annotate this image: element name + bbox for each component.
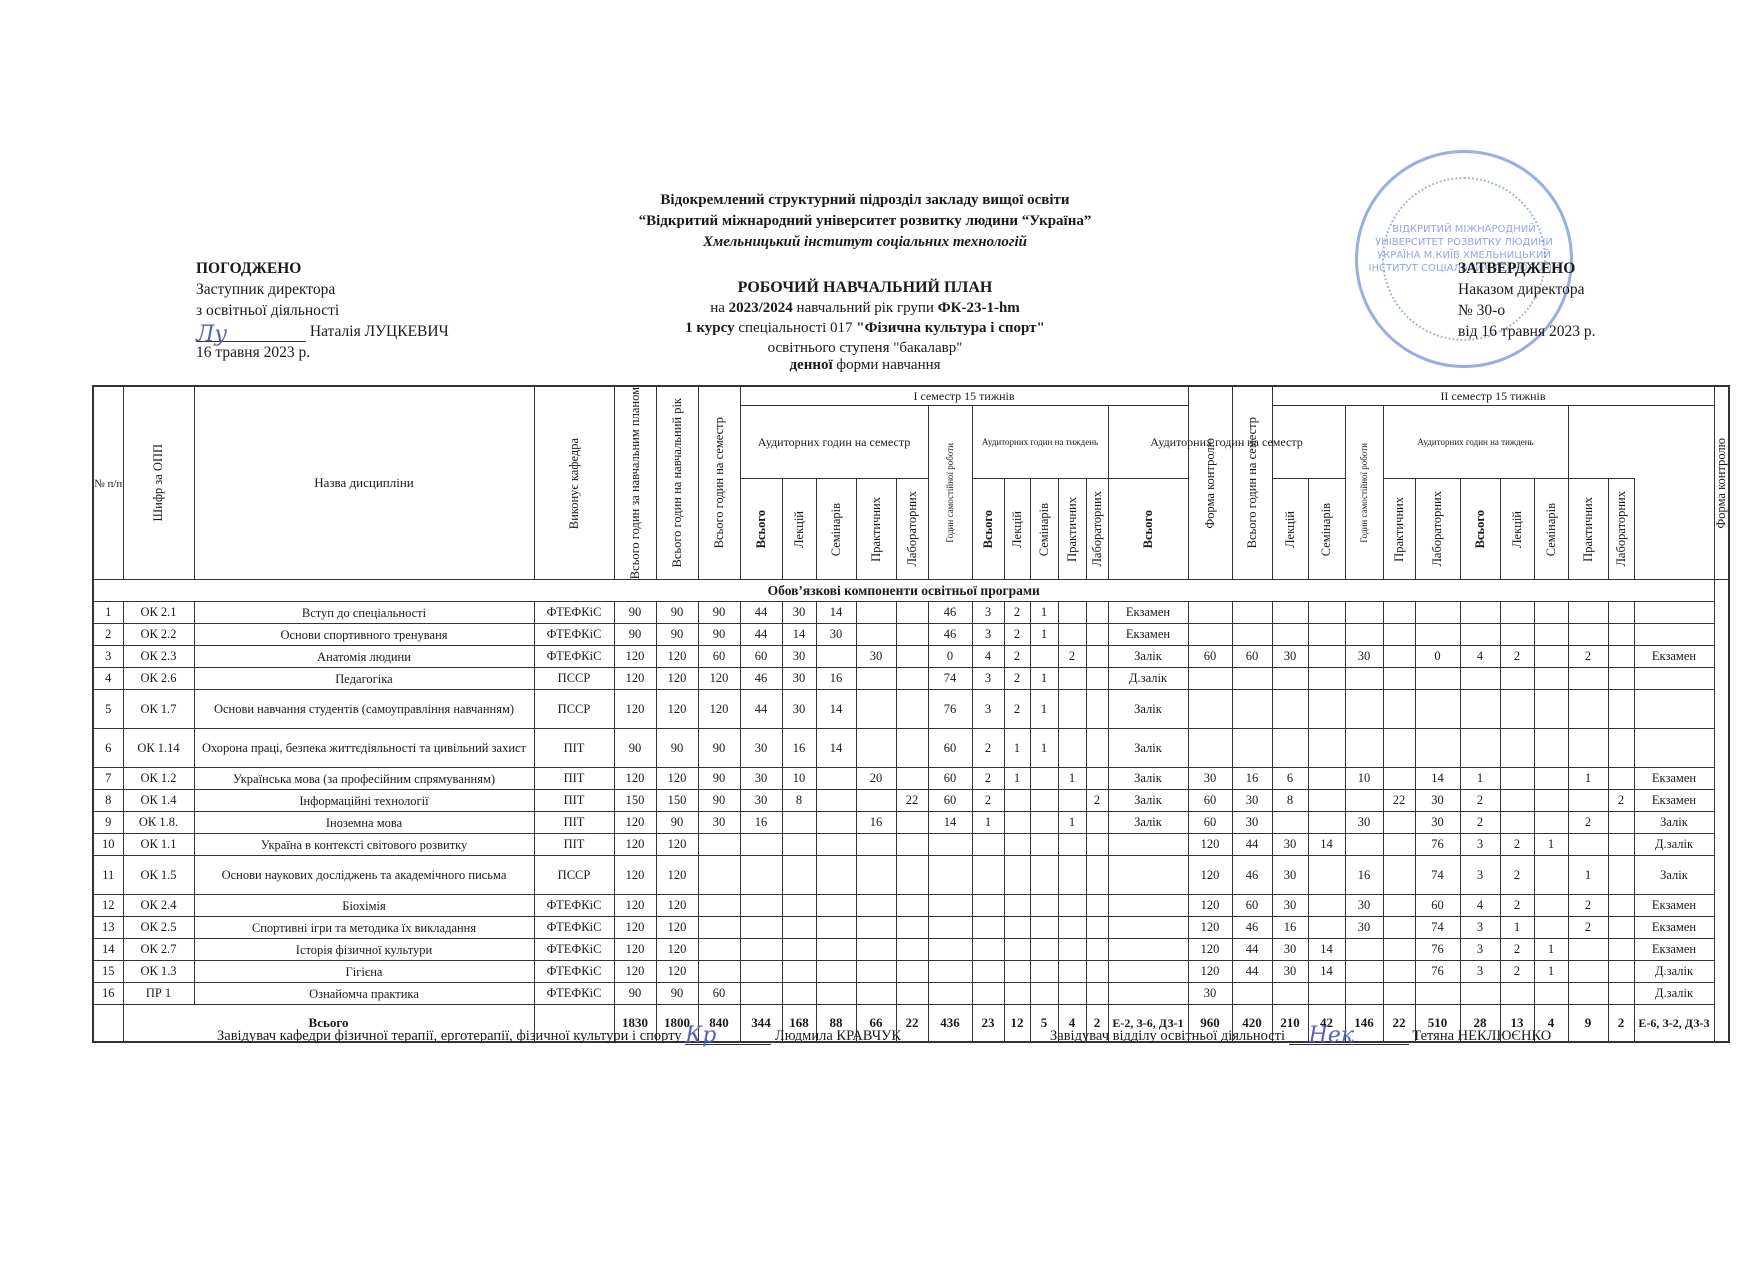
header-text: Всього bbox=[1474, 510, 1487, 548]
semester-1-value bbox=[928, 983, 972, 1005]
subheader-pract: Практичних bbox=[856, 479, 896, 580]
semester-1-total: 23 bbox=[972, 1005, 1004, 1043]
semester-2-value: 4 bbox=[1460, 895, 1500, 917]
total-plan-hours: 120 bbox=[614, 856, 656, 895]
table-row: 9ОК 1.8.Іноземна моваПІТ120903016161411З… bbox=[93, 812, 1729, 834]
agreed-block: ПОГОДЖЕНО Заступник директора з освітньо… bbox=[196, 258, 449, 363]
header-text: Семінарів bbox=[1320, 503, 1333, 556]
total-year-hours: 90 bbox=[656, 983, 698, 1005]
discipline-name: Спортивні ігри та методика їх викладання bbox=[194, 917, 534, 939]
row-number: 3 bbox=[93, 646, 123, 668]
semester-2-value: 30 bbox=[1232, 812, 1272, 834]
semester-2-control: Екзамен bbox=[1634, 646, 1714, 668]
semester-1-value bbox=[1086, 668, 1108, 690]
semester-1-value bbox=[856, 939, 896, 961]
semester-2-value bbox=[1383, 729, 1415, 768]
semester-2-value bbox=[1500, 812, 1534, 834]
semester-2-value bbox=[1272, 729, 1308, 768]
department: ФТЕФКіС bbox=[534, 624, 614, 646]
semester-1-value: 30 bbox=[782, 602, 816, 624]
semester-2-value: 1 bbox=[1534, 834, 1568, 856]
semester-2-value: 1 bbox=[1460, 768, 1500, 790]
table-row: 1ОК 2.1Вступ до спеціальностіФТЕФКіС9090… bbox=[93, 602, 1729, 624]
semester-1-value bbox=[1058, 856, 1086, 895]
signature-scrawl: Лу bbox=[196, 324, 227, 345]
semester-1-value: 60 bbox=[698, 646, 740, 668]
semester-2-value bbox=[1534, 690, 1568, 729]
header-text: Семінарів bbox=[1545, 503, 1558, 556]
semester-1-control bbox=[1108, 983, 1188, 1005]
semester-1-value bbox=[1086, 917, 1108, 939]
footer-left-position: Завідувач кафедри фізичної терапії, ерго… bbox=[217, 1028, 682, 1044]
signature-line: Кр bbox=[685, 1030, 771, 1045]
semester-2-value bbox=[1568, 834, 1608, 856]
semester-1-value bbox=[1058, 895, 1086, 917]
semester-2-value: 2 bbox=[1500, 834, 1534, 856]
discipline-code: ПР 1 bbox=[123, 983, 194, 1005]
plan-degree-line: освітнього ступеня "бакалавр" bbox=[560, 338, 1170, 358]
semester-1-value bbox=[698, 895, 740, 917]
semester-1-control: Залік bbox=[1108, 646, 1188, 668]
semester-2-value bbox=[1568, 729, 1608, 768]
semester-2-value: 14 bbox=[1308, 834, 1345, 856]
semester-1-value: 1 bbox=[1004, 729, 1030, 768]
semester-1-value: 90 bbox=[698, 602, 740, 624]
subheader-lect: Лекцій bbox=[782, 479, 816, 580]
semester-1-value bbox=[740, 856, 782, 895]
header-text: Лабораторних bbox=[906, 491, 919, 567]
col-name: Назва дисципліни bbox=[194, 386, 534, 580]
semester-1-control bbox=[1108, 834, 1188, 856]
subheader-all: Всього bbox=[1108, 479, 1188, 580]
institution-header: Відокремлений структурний підрозділ закл… bbox=[560, 190, 1170, 253]
semester-2-value bbox=[1608, 729, 1634, 768]
discipline-name: Біохімія bbox=[194, 895, 534, 917]
header-text: Годин самостійної роботи bbox=[1359, 443, 1369, 543]
total-year-hours: 90 bbox=[656, 624, 698, 646]
semester-1-value bbox=[1030, 834, 1058, 856]
semester-1-value bbox=[816, 939, 856, 961]
semester-1-value bbox=[856, 668, 896, 690]
discipline-code: ОК 1.5 bbox=[123, 856, 194, 895]
semester-1-value: 60 bbox=[928, 768, 972, 790]
row-number: 11 bbox=[93, 856, 123, 895]
text: навчальний рік групи bbox=[793, 300, 938, 316]
subheader-lect: Лекцій bbox=[1500, 479, 1534, 580]
subheader-lect: Лекцій bbox=[1004, 479, 1030, 580]
semester-2-value bbox=[1232, 729, 1272, 768]
semester-1-value bbox=[816, 895, 856, 917]
header-text: Аудиторних годин на тиждень bbox=[1417, 437, 1533, 447]
semester-1-value: 2 bbox=[972, 729, 1004, 768]
department: ФТЕФКіС bbox=[534, 646, 614, 668]
semester-2-value: 16 bbox=[1232, 768, 1272, 790]
discipline-code: ОК 2.3 bbox=[123, 646, 194, 668]
semester-2-value bbox=[1500, 729, 1534, 768]
semester-2-value: 3 bbox=[1460, 834, 1500, 856]
discipline-code: ОК 1.7 bbox=[123, 690, 194, 729]
header-text: Всього годин за навчальним планом bbox=[629, 387, 642, 579]
discipline-code: ОК 1.8. bbox=[123, 812, 194, 834]
semester-2-value bbox=[1415, 690, 1460, 729]
semester-1-value bbox=[896, 768, 928, 790]
group-code: ФК-23-1-hm bbox=[938, 300, 1020, 316]
total-year-hours: 120 bbox=[656, 768, 698, 790]
semester-1-value bbox=[1004, 939, 1030, 961]
semester-1-value: 44 bbox=[740, 602, 782, 624]
semester-1-value: 16 bbox=[740, 812, 782, 834]
semester-1-value bbox=[740, 917, 782, 939]
semester-1-value bbox=[896, 983, 928, 1005]
total-plan-hours: 120 bbox=[614, 690, 656, 729]
semester-2-value: 120 bbox=[1188, 856, 1232, 895]
semester-1-value: 3 bbox=[972, 624, 1004, 646]
semester-2-value: 30 bbox=[1415, 790, 1460, 812]
semester-2-value: 10 bbox=[1345, 768, 1383, 790]
department: ПССР bbox=[534, 668, 614, 690]
semester-2-value: 30 bbox=[1272, 961, 1308, 983]
semester-1-value bbox=[782, 812, 816, 834]
semester-1-control: Екзамен bbox=[1108, 602, 1188, 624]
semester-1-value bbox=[896, 602, 928, 624]
semester-2-value bbox=[1308, 983, 1345, 1005]
discipline-code: ОК 1.3 bbox=[123, 961, 194, 983]
approved-block: ЗАТВЕРДЖЕНО Наказом директора № 30-о від… bbox=[1458, 258, 1595, 342]
semester-2-value: 120 bbox=[1188, 917, 1232, 939]
semester-1-value bbox=[1086, 961, 1108, 983]
table-row: 16ПР 1Ознайомча практикаФТЕФКіС90906030Д… bbox=[93, 983, 1729, 1005]
semester-2-value bbox=[1232, 690, 1272, 729]
semester-2-value bbox=[1415, 602, 1460, 624]
semester-1-value: 14 bbox=[816, 602, 856, 624]
semester-2-header: II семестр 15 тижнів bbox=[1272, 386, 1714, 406]
header-text: Шифр за ОПП bbox=[152, 444, 165, 521]
col-dept: Виконує кафедра bbox=[534, 386, 614, 580]
semester-1-total: 12 bbox=[1004, 1005, 1030, 1043]
semester-1-value: 30 bbox=[782, 668, 816, 690]
semester-1-value bbox=[856, 856, 896, 895]
semester-1-value bbox=[698, 856, 740, 895]
semester-2-value bbox=[1534, 602, 1568, 624]
semester-1-value bbox=[1030, 961, 1058, 983]
semester-2-value: 1 bbox=[1568, 768, 1608, 790]
header-text: Всього годин на навчальний рік bbox=[671, 398, 684, 568]
semester-2-value bbox=[1308, 790, 1345, 812]
col-code: Шифр за ОПП bbox=[123, 386, 194, 580]
table-row: 5ОК 1.7Основи навчання студентів (самоуп… bbox=[93, 690, 1729, 729]
semester-2-value: 2 bbox=[1500, 961, 1534, 983]
row-number: 2 bbox=[93, 624, 123, 646]
discipline-code: ОК 2.6 bbox=[123, 668, 194, 690]
plan-course-line: 1 курсу спеціальності 017 "Фізична культ… bbox=[560, 318, 1170, 338]
semester-2-value: 1 bbox=[1534, 939, 1568, 961]
semester-1-value bbox=[972, 895, 1004, 917]
table-row: 11ОК 1.5Основи наукових досліджень та ак… bbox=[93, 856, 1729, 895]
discipline-code: ОК 1.14 bbox=[123, 729, 194, 768]
plan-year-line: на 2023/2024 навчальний рік групи ФК-23-… bbox=[560, 298, 1170, 318]
semester-1-value bbox=[816, 961, 856, 983]
table-row: 14ОК 2.7Історія фізичної культуриФТЕФКіС… bbox=[93, 939, 1729, 961]
semester-2-value: 4 bbox=[1460, 646, 1500, 668]
semester-1-value bbox=[1030, 856, 1058, 895]
approved-line-1: Наказом директора bbox=[1458, 279, 1595, 300]
semester-1-value bbox=[740, 939, 782, 961]
semester-1-value bbox=[1058, 790, 1086, 812]
semester-1-value bbox=[896, 646, 928, 668]
row-number: 9 bbox=[93, 812, 123, 834]
semester-1-value bbox=[972, 856, 1004, 895]
semester-1-value: 2 bbox=[1004, 646, 1030, 668]
semester-2-value bbox=[1460, 729, 1500, 768]
table-row: 13ОК 2.5Спортивні ігри та методика їх ви… bbox=[93, 917, 1729, 939]
semester-1-value bbox=[1030, 790, 1058, 812]
row-number: 16 bbox=[93, 983, 123, 1005]
semester-2-value bbox=[1383, 668, 1415, 690]
row-number: 15 bbox=[93, 961, 123, 983]
semester-2-value bbox=[1568, 790, 1608, 812]
semester-2-value bbox=[1568, 668, 1608, 690]
department: ПІТ bbox=[534, 729, 614, 768]
semester-1-value bbox=[782, 939, 816, 961]
semester-2-value bbox=[1345, 961, 1383, 983]
semester-2-value bbox=[1308, 895, 1345, 917]
semester-2-total: 2 bbox=[1608, 1005, 1634, 1043]
discipline-code: ОК 2.7 bbox=[123, 939, 194, 961]
semester-1-value: 10 bbox=[782, 768, 816, 790]
semester-1-value bbox=[1058, 624, 1086, 646]
semester-2-value: 8 bbox=[1272, 790, 1308, 812]
semester-2-value bbox=[1188, 668, 1232, 690]
row-number: 13 bbox=[93, 917, 123, 939]
semester-1-total: 436 bbox=[928, 1005, 972, 1043]
semester-1-value bbox=[1030, 812, 1058, 834]
semester-2-value bbox=[1272, 690, 1308, 729]
semester-2-value bbox=[1383, 768, 1415, 790]
semester-1-value bbox=[972, 961, 1004, 983]
footer-right-position: Завідувач відділу освітньої діяльності bbox=[1050, 1028, 1285, 1044]
row-number: 4 bbox=[93, 668, 123, 690]
row-number: 8 bbox=[93, 790, 123, 812]
semester-2-value bbox=[1188, 729, 1232, 768]
semester-1-value bbox=[896, 917, 928, 939]
semester-1-value bbox=[1058, 939, 1086, 961]
footer-left-name: Людмила КРАВЧУК bbox=[775, 1028, 901, 1044]
semester-1-value: 60 bbox=[740, 646, 782, 668]
semester-1-value: 1 bbox=[1030, 729, 1058, 768]
semester-1-value: 30 bbox=[782, 646, 816, 668]
semester-2-value: 14 bbox=[1415, 768, 1460, 790]
semester-1-value bbox=[896, 895, 928, 917]
semester-1-value: 60 bbox=[928, 729, 972, 768]
approved-line-2: № 30-о bbox=[1458, 300, 1595, 321]
semester-1-control: Залік bbox=[1108, 812, 1188, 834]
semester-1-value bbox=[816, 856, 856, 895]
col-num: № п/п bbox=[93, 386, 123, 580]
semester-2-value: 0 bbox=[1415, 646, 1460, 668]
header-text: Семінарів bbox=[830, 503, 843, 556]
signature-line: Лу bbox=[196, 327, 306, 342]
semester-2-value bbox=[1568, 602, 1608, 624]
total-year-hours: 120 bbox=[656, 834, 698, 856]
semester-2-value bbox=[1272, 602, 1308, 624]
semester-1-value bbox=[1086, 729, 1108, 768]
semester-2-value bbox=[1568, 690, 1608, 729]
header-text: Всього годин на семестр bbox=[1246, 417, 1259, 548]
subheader-sem: Семінарів bbox=[1534, 479, 1568, 580]
semester-1-value bbox=[856, 602, 896, 624]
department: ФТЕФКіС bbox=[534, 895, 614, 917]
header-text: Аудиторних годин на семестр bbox=[1150, 435, 1302, 449]
total-plan-hours: 120 bbox=[614, 961, 656, 983]
semester-2-value bbox=[1460, 668, 1500, 690]
semester-1-value bbox=[816, 834, 856, 856]
semester-2-value bbox=[1272, 624, 1308, 646]
semester-1-control: Залік bbox=[1108, 768, 1188, 790]
semester-2-value bbox=[1232, 624, 1272, 646]
semester-1-value bbox=[856, 834, 896, 856]
semester-2-value: 2 bbox=[1568, 917, 1608, 939]
semester-2-value: 30 bbox=[1345, 895, 1383, 917]
semester-2-value: 60 bbox=[1188, 646, 1232, 668]
semester-2-value: 60 bbox=[1188, 812, 1232, 834]
semester-2-value bbox=[1345, 690, 1383, 729]
semester-2-value bbox=[1272, 812, 1308, 834]
semester-1-value bbox=[740, 961, 782, 983]
semester-2-value bbox=[1383, 983, 1415, 1005]
discipline-name: Основи наукових досліджень та академічно… bbox=[194, 856, 534, 895]
semester-2-value bbox=[1608, 939, 1634, 961]
header-text: Годин самостійної роботи bbox=[945, 443, 955, 543]
semester-2-value bbox=[1383, 624, 1415, 646]
discipline-name: Анатомія людини bbox=[194, 646, 534, 668]
col-s2-control: Форма контролю bbox=[1714, 386, 1729, 580]
row-number: 6 bbox=[93, 729, 123, 768]
semester-2-control bbox=[1634, 690, 1714, 729]
semester-2-value bbox=[1308, 917, 1345, 939]
semester-2-value bbox=[1460, 690, 1500, 729]
semester-2-value bbox=[1608, 668, 1634, 690]
agreed-heading: ПОГОДЖЕНО bbox=[196, 258, 449, 279]
total-year-hours: 90 bbox=[656, 729, 698, 768]
total-year-hours: 120 bbox=[656, 917, 698, 939]
semester-1-value bbox=[1086, 983, 1108, 1005]
semester-2-control: Екзамен bbox=[1634, 895, 1714, 917]
department: ФТЕФКіС bbox=[534, 961, 614, 983]
semester-1-value bbox=[816, 983, 856, 1005]
semester-2-value bbox=[1460, 983, 1500, 1005]
table-row: 15ОК 1.3ГігієнаФТЕФКіС120120120443014763… bbox=[93, 961, 1729, 983]
row-number: 12 bbox=[93, 895, 123, 917]
semester-1-value bbox=[698, 917, 740, 939]
semester-2-value bbox=[1608, 961, 1634, 983]
semester-1-value: 3 bbox=[972, 690, 1004, 729]
semester-1-control bbox=[1108, 917, 1188, 939]
header-text: Семінарів bbox=[1038, 503, 1051, 556]
semester-2-value bbox=[1188, 602, 1232, 624]
semester-1-value: 90 bbox=[698, 768, 740, 790]
semester-1-value: 1 bbox=[1030, 624, 1058, 646]
semester-2-value bbox=[1308, 690, 1345, 729]
table-body: Обов’язкові компоненти освітньої програм… bbox=[93, 580, 1729, 1043]
table-cell bbox=[93, 1005, 123, 1043]
discipline-name: Охорона праці, безпека життєдіяльності т… bbox=[194, 729, 534, 768]
semester-1-value: 120 bbox=[698, 668, 740, 690]
agreed-date: 16 травня 2023 р. bbox=[196, 342, 449, 363]
semester-1-value bbox=[1086, 768, 1108, 790]
header-text: Всього годин на семестр bbox=[713, 417, 726, 548]
semester-2-value bbox=[1415, 624, 1460, 646]
semester-1-value: 1 bbox=[1030, 668, 1058, 690]
semester-2-value bbox=[1188, 624, 1232, 646]
subheader-all: Всього bbox=[972, 479, 1004, 580]
discipline-code: ОК 1.1 bbox=[123, 834, 194, 856]
semester-2-value: 60 bbox=[1232, 646, 1272, 668]
s2-aud-sem-header: Аудиторних годин на семестр bbox=[1108, 406, 1345, 479]
semester-2-value bbox=[1272, 668, 1308, 690]
semester-2-value: 1 bbox=[1500, 917, 1534, 939]
semester-2-control: Д.залік bbox=[1634, 983, 1714, 1005]
semester-2-control: Залік bbox=[1634, 812, 1714, 834]
semester-1-value bbox=[816, 646, 856, 668]
semester-2-value: 60 bbox=[1415, 895, 1460, 917]
semester-2-value bbox=[1345, 624, 1383, 646]
semester-2-value: 120 bbox=[1188, 895, 1232, 917]
specialty: "Фізична культура і спорт" bbox=[856, 320, 1045, 336]
semester-2-value bbox=[1500, 983, 1534, 1005]
semester-1-value: 90 bbox=[698, 729, 740, 768]
semester-2-control bbox=[1634, 602, 1714, 624]
table-row: 7ОК 1.2Українська мова (за професійним с… bbox=[93, 768, 1729, 790]
semester-2-value: 3 bbox=[1460, 939, 1500, 961]
semester-2-value bbox=[1608, 812, 1634, 834]
total-plan-hours: 90 bbox=[614, 602, 656, 624]
total-year-hours: 150 bbox=[656, 790, 698, 812]
semester-1-value bbox=[1004, 812, 1030, 834]
semester-1-value: 30 bbox=[698, 812, 740, 834]
department: ФТЕФКіС bbox=[534, 939, 614, 961]
semester-1-value: 2 bbox=[1004, 690, 1030, 729]
semester-1-value bbox=[782, 895, 816, 917]
header-text: Назва дисципліни bbox=[314, 475, 414, 490]
semester-1-value bbox=[1086, 602, 1108, 624]
semester-2-value bbox=[1383, 895, 1415, 917]
semester-1-value bbox=[1004, 790, 1030, 812]
semester-2-value bbox=[1500, 602, 1534, 624]
semester-1-value bbox=[928, 834, 972, 856]
semester-2-value bbox=[1608, 834, 1634, 856]
semester-2-value bbox=[1345, 834, 1383, 856]
semester-1-value: 30 bbox=[816, 624, 856, 646]
semester-1-value: 120 bbox=[698, 690, 740, 729]
semester-1-control bbox=[1108, 856, 1188, 895]
semester-2-value bbox=[1345, 668, 1383, 690]
semester-1-value: 44 bbox=[740, 624, 782, 646]
signature-line: Нек bbox=[1289, 1030, 1409, 1045]
semester-1-value bbox=[698, 939, 740, 961]
semester-2-value: 14 bbox=[1308, 961, 1345, 983]
academic-year: 2023/2024 bbox=[729, 300, 793, 316]
semester-2-value bbox=[1534, 729, 1568, 768]
semester-2-value: 60 bbox=[1232, 895, 1272, 917]
semester-2-value: 44 bbox=[1232, 961, 1272, 983]
subheader-lab: Лабораторних bbox=[1086, 479, 1108, 580]
semester-2-value bbox=[1232, 602, 1272, 624]
semester-1-value bbox=[1004, 917, 1030, 939]
semester-2-value bbox=[1500, 690, 1534, 729]
semester-1-value bbox=[1058, 602, 1086, 624]
semester-1-value: 30 bbox=[782, 690, 816, 729]
semester-1-value: 1 bbox=[972, 812, 1004, 834]
